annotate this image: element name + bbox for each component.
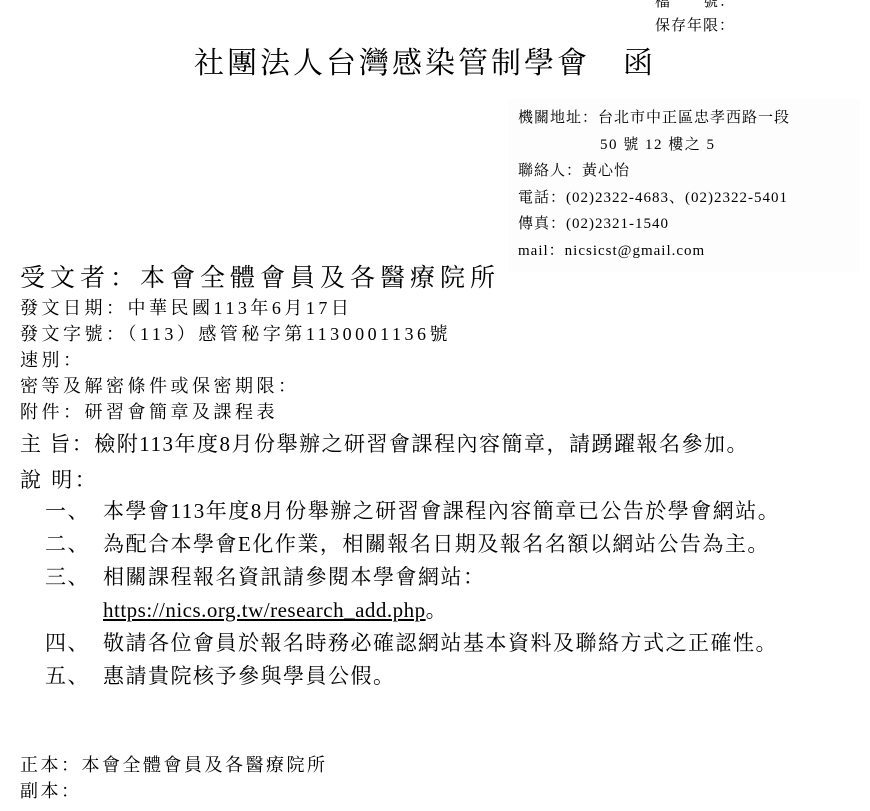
item-number: 二、 xyxy=(45,528,103,561)
subject-line: 主 旨：檢附113年度8月份舉辦之研習會課程內容簡章，請踴躍報名參加。 xyxy=(20,428,749,458)
attachment-line: 附件：研習會簡章及課程表 xyxy=(20,399,451,425)
explanation-list: 一、 本學會113年度8月份舉辦之研習會課程內容簡章已公告於學會網站。 二、 為… xyxy=(45,495,780,693)
item-number: 一、 xyxy=(45,495,103,528)
retention-period-line: 保存年限： xyxy=(655,14,735,38)
registration-url-row: https://nics.org.tw/research_add.php。 xyxy=(103,594,780,627)
sender-email-line: mail：nicsicst@gmail.com xyxy=(518,238,860,265)
sender-phone-line: 電話：(02)2322-4683、(02)2322-5401 xyxy=(518,185,860,212)
item-text: 相關課程報名資訊請參閱本學會網站： xyxy=(103,561,486,594)
original-copy-line: 正本：本會全體會員及各醫療院所 xyxy=(20,752,328,778)
registration-url-link[interactable]: https://nics.org.tw/research_add.php xyxy=(103,598,426,622)
sender-info-block: 機關地址：台北市中正區忠孝西路一段 50 號 12 樓之 5 聯絡人：黃心怡 電… xyxy=(508,98,860,272)
sender-contact-line: 聯絡人：黃心怡 xyxy=(518,158,860,185)
sender-fax-line: 傳真：(02)2321-1540 xyxy=(518,211,860,238)
item-text: 為配合本學會E化作業，相關報名日期及報名名額以網站公告為主。 xyxy=(103,528,770,561)
official-letter-document: 檔 號： 保存年限： 社團法人台灣感染管制學會 函 機關地址：台北市中正區忠孝西… xyxy=(0,0,870,811)
url-suffix-punctuation: 。 xyxy=(426,598,449,622)
security-class-line: 密等及解密條件或保密期限： xyxy=(20,373,451,399)
sender-address-line1: 機關地址：台北市中正區忠孝西路一段 xyxy=(518,105,860,132)
issue-date-line: 發文日期：中華民國113年6月17日 xyxy=(20,295,451,321)
item-text: 惠請貴院核予參與學員公假。 xyxy=(103,660,396,693)
explanation-item-2: 二、 為配合本學會E化作業，相關報名日期及報名名額以網站公告為主。 xyxy=(45,528,780,561)
document-title: 社團法人台灣感染管制學會 函 xyxy=(0,38,850,82)
item-text: 本學會113年度8月份舉辦之研習會課程內容簡章已公告於學會網站。 xyxy=(103,495,780,528)
speed-class-line: 速別： xyxy=(20,347,451,373)
item-text: 敬請各位會員於報名時務必確認網站基本資料及聯絡方式之正確性。 xyxy=(103,627,778,660)
explanation-heading: 說 明： xyxy=(20,464,98,494)
carbon-copy-line: 副本： xyxy=(20,778,328,804)
explanation-item-3: 三、 相關課程報名資訊請參閱本學會網站： xyxy=(45,561,780,594)
copies-block: 正本：本會全體會員及各醫療院所 副本： xyxy=(20,752,328,804)
item-number: 四、 xyxy=(45,627,103,660)
recipient-line: 受文者：本會全體會員及各醫療院所 xyxy=(20,258,500,294)
explanation-item-1: 一、 本學會113年度8月份舉辦之研習會課程內容簡章已公告於學會網站。 xyxy=(45,495,780,528)
document-meta-block: 發文日期：中華民國113年6月17日 發文字號：（113）感管秘字第113000… xyxy=(20,295,451,425)
explanation-item-4: 四、 敬請各位會員於報名時務必確認網站基本資料及聯絡方式之正確性。 xyxy=(45,627,780,660)
explanation-item-5: 五、 惠請貴院核予參與學員公假。 xyxy=(45,660,780,693)
doc-number-line: 發文字號：（113）感管秘字第1130001136號 xyxy=(20,321,451,347)
item-number: 三、 xyxy=(45,561,103,594)
sender-address-line2: 50 號 12 樓之 5 xyxy=(518,132,860,159)
file-number-line: 檔 號： xyxy=(655,0,735,14)
item-number: 五、 xyxy=(45,660,103,693)
file-number-block: 檔 號： 保存年限： xyxy=(655,0,735,38)
